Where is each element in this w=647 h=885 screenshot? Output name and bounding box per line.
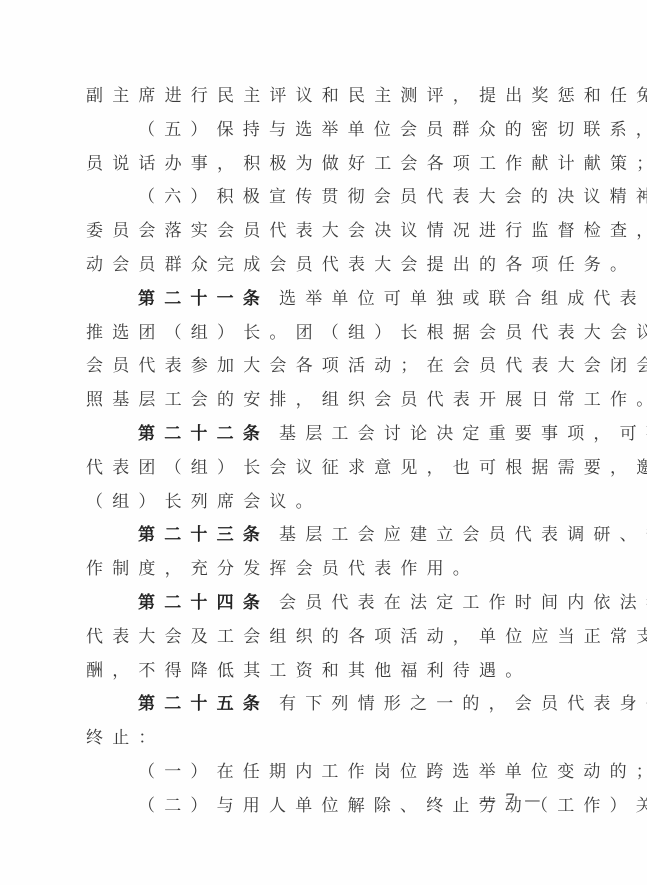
article-number: 第二十四条 (138, 593, 269, 613)
text-line: （五）保持与选举单位会员群众的密切联系，热心为会 (86, 114, 564, 148)
list-item: （一）在任期内工作岗位跨选举单位变动的； (86, 756, 564, 790)
article-22-heading: 第二十二条基层工会讨论决定重要事项，可事先召开 (86, 418, 564, 452)
text-line: 酬，不得降低其工资和其他福利待遇。 (86, 655, 564, 689)
page-number: — 7 — (480, 790, 542, 809)
article-number: 第二十二条 (138, 424, 269, 444)
line-text: 副主席进行民主评议和民主测评，提出奖惩和任免建议； (86, 86, 647, 106)
text-line: 会员代表参加大会各项活动；在会员代表大会闭会期间，按 (86, 350, 564, 384)
article-number: 第二十一条 (138, 289, 269, 309)
line-text: 有下列情形之一的，会员代表身份自然 (279, 694, 647, 714)
line-text: （组）长列席会议。 (86, 492, 322, 512)
text-line: 推选团（组）长。团（组）长根据会员代表大会议程，组织 (86, 317, 564, 351)
article-25-heading: 第二十五条有下列情形之一的，会员代表身份自然 (86, 688, 564, 722)
article-23-heading: 第二十三条基层工会应建立会员代表调研、督查等工 (86, 519, 564, 553)
text-line: 动会员群众完成会员代表大会提出的各项任务。 (86, 249, 564, 283)
line-text: 委员会落实会员代表大会决议情况进行监督检查，团结和带 (86, 221, 647, 241)
text-line: 委员会落实会员代表大会决议情况进行监督检查，团结和带 (86, 215, 564, 249)
line-text: 作制度，充分发挥会员代表作用。 (86, 559, 479, 579)
line-text: 终止： (86, 728, 165, 748)
line-text: 酬，不得降低其工资和其他福利待遇。 (86, 661, 531, 681)
line-text: 选举单位可单独或联合组成代表团（组）， (279, 289, 647, 309)
line-text: 照基层工会的安排，组织会员代表开展日常工作。 (86, 390, 647, 410)
text-line: 照基层工会的安排，组织会员代表开展日常工作。 (86, 384, 564, 418)
text-line: 代表团（组）长会议征求意见，也可根据需要，邀请代表团 (86, 452, 564, 486)
line-text: 会员代表在法定工作时间内依法参加会员 (279, 593, 647, 613)
text-line: 终止： (86, 722, 564, 756)
text-line: 员说话办事，积极为做好工会各项工作献计献策； (86, 148, 564, 182)
line-text: 代表大会及工会组织的各项活动，单位应当正常支付劳动报 (86, 627, 647, 647)
text-line: 副主席进行民主评议和民主测评，提出奖惩和任免建议； (86, 80, 564, 114)
text-line: 代表大会及工会组织的各项活动，单位应当正常支付劳动报 (86, 621, 564, 655)
article-number: 第二十三条 (138, 525, 269, 545)
line-text: 动会员群众完成会员代表大会提出的各项任务。 (86, 255, 636, 275)
document-body: 副主席进行民主评议和民主测评，提出奖惩和任免建议； （五）保持与选举单位会员群众… (86, 80, 564, 824)
article-24-heading: 第二十四条会员代表在法定工作时间内依法参加会员 (86, 587, 564, 621)
line-text: （二）与用人单位解除、终止劳动（工作）关系的； (138, 796, 647, 816)
line-text: 代表团（组）长会议征求意见，也可根据需要，邀请代表团 (86, 458, 647, 478)
text-line: 作制度，充分发挥会员代表作用。 (86, 553, 564, 587)
text-line: （组）长列席会议。 (86, 486, 564, 520)
line-text: 员说话办事，积极为做好工会各项工作献计献策； (86, 154, 647, 174)
article-21-heading: 第二十一条选举单位可单独或联合组成代表团（组）， (86, 283, 564, 317)
line-text: 基层工会讨论决定重要事项，可事先召开 (279, 424, 647, 444)
article-number: 第二十五条 (138, 694, 269, 714)
line-text: （五）保持与选举单位会员群众的密切联系，热心为会 (138, 120, 647, 140)
document-page: 副主席进行民主评议和民主测评，提出奖惩和任免建议； （五）保持与选举单位会员群众… (0, 0, 647, 885)
line-text: （六）积极宣传贯彻会员代表大会的决议精神，对工会 (138, 187, 647, 207)
line-text: 推选团（组）长。团（组）长根据会员代表大会议程，组织 (86, 323, 647, 343)
line-text: （一）在任期内工作岗位跨选举单位变动的； (138, 762, 647, 782)
line-text: 基层工会应建立会员代表调研、督查等工 (279, 525, 647, 545)
line-text: 会员代表参加大会各项活动；在会员代表大会闭会期间，按 (86, 356, 647, 376)
text-line: （六）积极宣传贯彻会员代表大会的决议精神，对工会 (86, 181, 564, 215)
